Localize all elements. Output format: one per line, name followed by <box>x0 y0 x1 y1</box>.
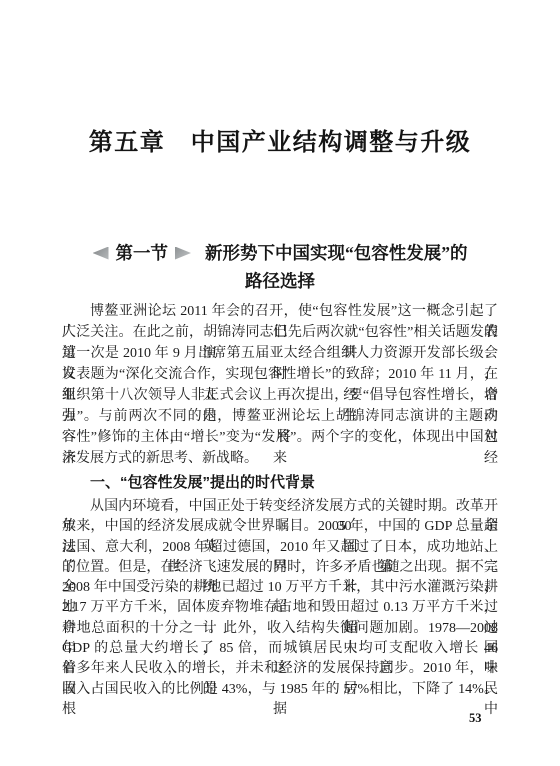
section-heading-line1: 第一节 新形势下中国实现“包容性发展”的 <box>0 241 560 265</box>
body-line: 力”。与前两次不同的是，博鳌亚洲论坛上胡锦涛同志演讲的主题内容，将“包 <box>62 406 498 427</box>
body-line: 发表题为“深化交流合作，实现包容性增长”的致辞；2010 年 11 月，在亚太经… <box>62 364 498 385</box>
right-triangle-icon <box>175 247 191 260</box>
paragraph-1: 博鳌亚洲论坛 2011 年会的召开，使“包容性发展”这一概念引起了人们的 广泛关… <box>62 301 498 469</box>
body-line: 2008 年中国受污染的耕地已超过 10 万平方千米，其中污水灌溉污染耕地超过 <box>62 578 498 598</box>
body-line: 第一次是 2010 年 9 月出席第五届亚太经合组织人力资源开发部长级会议时， <box>62 343 498 364</box>
left-triangle-icon <box>93 247 109 260</box>
section-label: 第一节 <box>116 241 169 265</box>
body-line: 2.17 万平方千米，固体废弃物堆存占地和毁田超过 0.13 万平方千米，合计超… <box>62 598 498 618</box>
subsection-heading: 一、“包容性发展”提出的时代背景 <box>62 472 498 493</box>
body-line: 组织第十八次领导人非正式会议上再次提出，要“倡导包容性增长，增强内生动 <box>62 385 498 406</box>
body-line: 广泛关注。在此之前，胡锦涛同志已先后两次就“包容性”相关话题发表过演讲： <box>62 322 498 343</box>
body-line: 年来，中国的经济发展成就令世界瞩目。2005 年，中国的 GDP 总量超过英国、 <box>62 517 498 537</box>
body-line: GDP 的总量大约增长了 85 倍，而城镇居民人均可支配收入增长 46 倍，这意… <box>62 639 498 659</box>
body-line: 着多年来人民收入的增长，并未和经济的发展保持同步。2010 年，中国的居民 <box>62 659 498 679</box>
body-line: 耕地总面积的十分之一。此外，收入结构失衡问题加剧。1978—2008 年，中国 <box>62 619 498 639</box>
body-line: 博鳌亚洲论坛 2011 年会的召开，使“包容性发展”这一概念引起了人们的 <box>62 301 498 322</box>
section-title-line2: 路径选择 <box>0 269 560 293</box>
body-line: 的位置。但是，在经济飞速发展的同时，许多矛盾也随之出现。据不完全统计， <box>62 558 498 578</box>
section-heading: 第一节 新形势下中国实现“包容性发展”的 路径选择 <box>0 241 560 293</box>
paragraph-2: 从国内环境看，中国正处于转变经济发展方式的关键时期。改革开放 30 余 年来，中… <box>62 497 498 700</box>
page-number: 53 <box>469 711 482 726</box>
chapter-title: 第五章 中国产业结构调整与升级 <box>0 122 560 157</box>
body-line: 容性”修饰的主体由“增长”变为“发展”。两个字的变化，体现出中国对未来经 <box>62 427 498 448</box>
body-line: 法国、意大利，2008 年超过德国，2010 年又超过了日本，成功地站上了世界第… <box>62 538 498 558</box>
body-line: 收入占国民收入的比例是 43%，与 1985 年的 57%相比，下降了 14%。… <box>62 680 498 700</box>
body-line: 从国内环境看，中国正处于转变经济发展方式的关键时期。改革开放 30 余 <box>62 497 498 517</box>
section-title: 新形势下中国实现“包容性发展”的 <box>205 241 468 265</box>
book-page: 第五章 中国产业结构调整与升级 第一节 新形势下中国实现“包容性发展”的 路径选… <box>0 0 560 766</box>
